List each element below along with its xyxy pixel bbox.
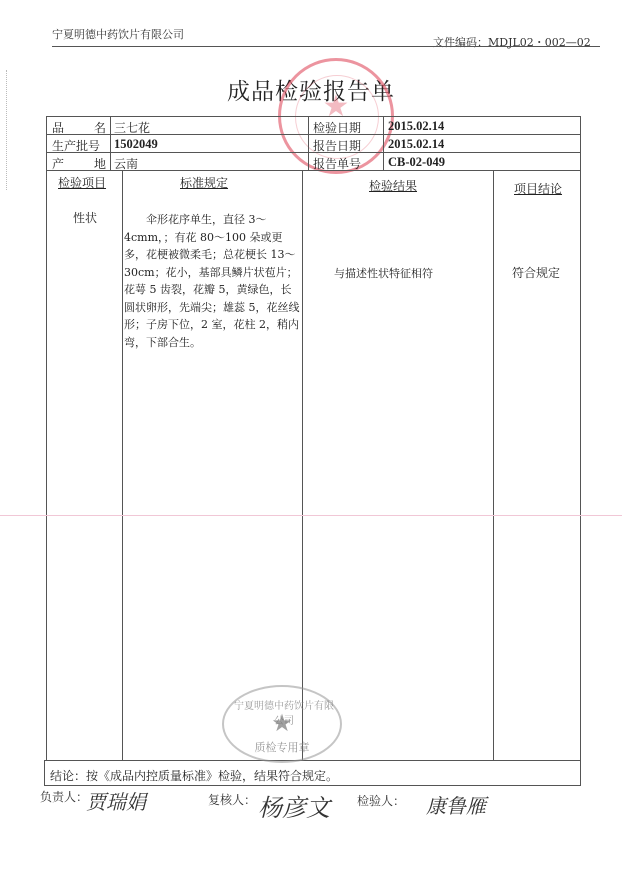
file-code: 文件编码：MDJL02・002—02 (433, 34, 591, 50)
row-standard-text: 伞形花序单生，直径 3～4cmm，；有花 80～100 朵或更多，花梗被微柔毛；… (124, 211, 302, 351)
batch-value: 1502049 (114, 137, 158, 152)
conclusion-text: 结论：按《成品内控质量标准》检验，结果符合规定。 (50, 767, 338, 784)
origin-label: 产地 (52, 155, 106, 172)
col-divider (302, 170, 303, 760)
report-number-label: 报告单号 (313, 155, 361, 172)
col-divider (493, 170, 494, 760)
reviewer-signature: 杨彦文 (258, 788, 330, 823)
report-date-value: 2015.02.14 (388, 137, 444, 152)
table-border-top (46, 116, 580, 117)
table-border-left-bottom (44, 760, 45, 786)
row-result: 与描述性状特征相符 (334, 265, 433, 281)
seal-label: 质检专用章 (224, 739, 340, 755)
col-divider (383, 116, 384, 170)
star-icon: ★ (224, 709, 340, 737)
col-divider (110, 116, 111, 170)
table-border-right (580, 116, 581, 786)
inspect-date-label: 检验日期 (313, 119, 361, 136)
batch-label: 生产批号 (52, 137, 100, 154)
header-rule (52, 46, 600, 47)
product-name-label: 品名 (52, 119, 106, 136)
col-divider (122, 170, 123, 760)
origin-value: 云南 (114, 155, 138, 172)
column-header-conclusion: 项目结论 (514, 180, 562, 197)
col-divider (308, 116, 309, 170)
row-item: 性状 (73, 209, 97, 226)
column-header-result: 检验结果 (369, 177, 417, 194)
report-date-label: 报告日期 (313, 137, 361, 154)
scan-artifact-line (0, 515, 622, 516)
product-name-value: 三七花 (114, 119, 150, 136)
inspector-label: 检验人： (357, 792, 405, 809)
row-conclusion: 符合规定 (512, 264, 560, 281)
reviewer-label: 复核人： (208, 791, 256, 808)
inspect-date-value: 2015.02.14 (388, 119, 444, 134)
table-border-left (46, 116, 47, 760)
responsible-signature: 贾瑞娟 (86, 786, 146, 815)
quality-control-seal: 宁夏明德中药饮片有限公司 ★ 质检专用章 (222, 685, 342, 763)
inspector-signature: 康鲁雁 (426, 790, 486, 819)
company-name: 宁夏明德中药饮片有限公司 (52, 26, 184, 42)
report-number-value: CB-02-049 (388, 155, 445, 170)
responsible-label: 负责人： (40, 788, 88, 805)
column-header-standard: 标准规定 (180, 174, 228, 191)
column-header-item: 检验项目 (58, 174, 106, 191)
row-divider (44, 760, 580, 761)
